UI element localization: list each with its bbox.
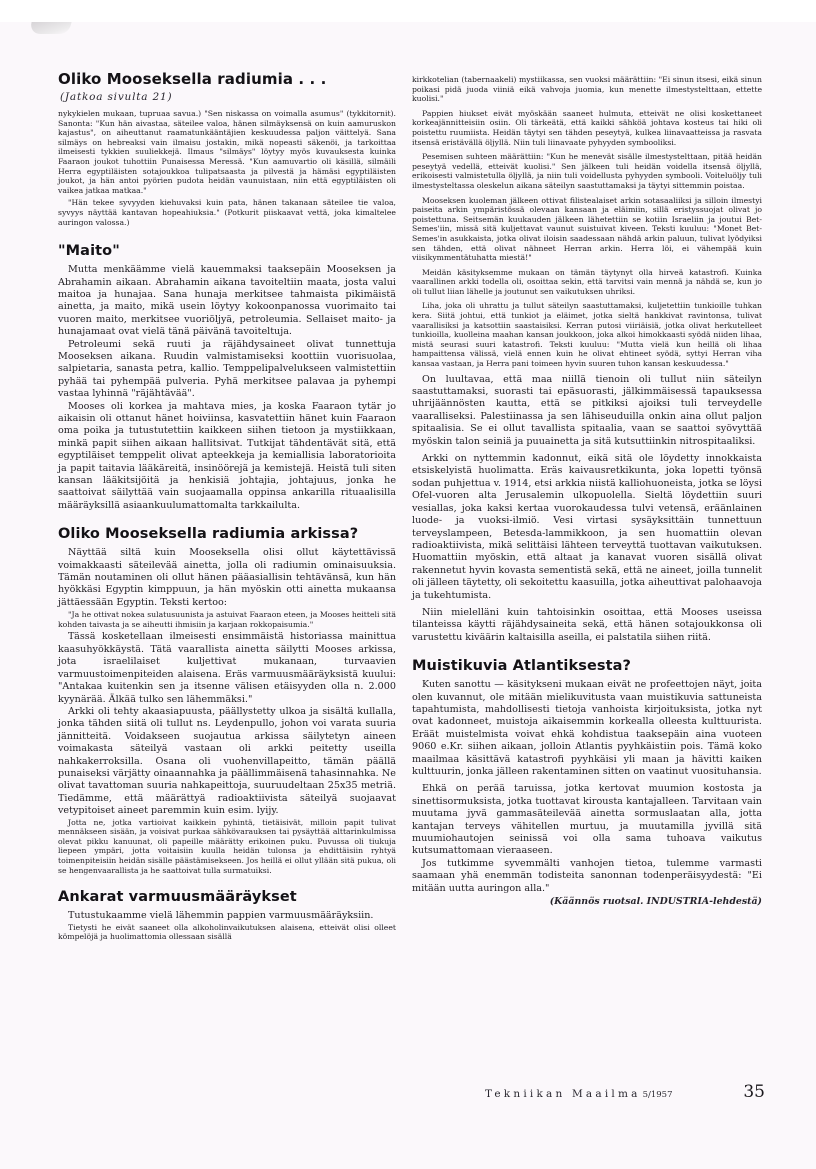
intro-paragraph: nykykielen mukaan, tupruaa savua.) "Sen … [58, 109, 396, 195]
small-paragraph: Pappien hiukset eivät myöskään saaneet h… [412, 109, 762, 147]
small-paragraph: Liha, joka oli uhrattu ja tullut säteily… [412, 301, 762, 368]
body-paragraph: Mooses oli korkea ja mahtava mies, ja ko… [58, 401, 396, 513]
paper-corner-fold [28, 22, 71, 34]
body-paragraph: Jos tutkimme syvemmälti vanhojen tietoa,… [412, 858, 762, 895]
body-paragraph: Näyttää siltä kuin Mooseksella olisi oll… [58, 547, 396, 609]
body-paragraph: Mutta menkäämme vielä kauemmaksi taaksep… [58, 264, 396, 338]
section-heading-safety-rules: Ankarat varmuusmääräykset [58, 889, 396, 905]
small-paragraph: Jotta ne, jotka vartioivat kaikkein pyhi… [58, 818, 396, 876]
body-paragraph: Niin mielelläni kuin tahtoisinkin osoitt… [412, 607, 762, 644]
right-column: kirkkotelian (tabernaakeli) mystiikassa,… [412, 75, 762, 907]
small-paragraph: Tietysti he eivät saaneet olla alkoholin… [58, 923, 396, 942]
page-footer: Tekniikan Maailma 5/1957 35 [485, 1082, 765, 1102]
page-number: 35 [743, 1082, 765, 1102]
body-paragraph: Tässä kosketellaan ilmeisesti ensimmäist… [58, 631, 396, 705]
section-heading-atlantis: Muistikuvia Atlantiksesta? [412, 658, 762, 674]
body-paragraph: Tutustukaamme vielä lähemmin pappien var… [58, 910, 396, 922]
left-column: Oliko Mooseksella radiumia . . . (Jatkoa… [58, 70, 396, 942]
translation-credit: (Käännös ruotsal. INDUSTRIA-lehdestä) [412, 896, 762, 907]
intro-paragraph: "Hän tekee syvyyden kiehuvaksi kuin pata… [58, 198, 396, 227]
continued-from-note: (Jatkoa sivulta 21) [60, 91, 396, 103]
body-paragraph: On luultavaa, että maa niillä tienoin ol… [412, 374, 762, 448]
small-paragraph: Mooseksen kuoleman jälkeen ottivat filis… [412, 196, 762, 263]
issue-number: 5/1957 [643, 1090, 673, 1100]
body-paragraph: Petroleumi sekä ruuti ja räjähdysaineet … [58, 339, 396, 401]
section-heading-maito: "Maito" [58, 243, 396, 259]
article-title: Oliko Mooseksella radiumia . . . [58, 70, 396, 88]
magazine-name: Tekniikan Maailma [485, 1088, 641, 1100]
body-paragraph: Kuten sanottu — käsitykseni mukaan eivät… [412, 679, 762, 778]
small-paragraph: Pesemisen suhteen määrättiin: "Kun he me… [412, 152, 762, 190]
body-paragraph: Ehkä on perää taruissa, jotka kertovat m… [412, 783, 762, 857]
body-paragraph: Arkki oli tehty akaasiapuusta, päällyste… [58, 706, 396, 818]
section-heading-radium-ark: Oliko Mooseksella radiumia arkissa? [58, 526, 396, 542]
scripture-quote: "Ja he ottivat nokea sulatusuunista ja a… [58, 610, 396, 629]
body-paragraph: Arkki on nyttemmin kadonnut, eikä sitä o… [412, 453, 762, 602]
small-paragraph: kirkkotelian (tabernaakeli) mystiikassa,… [412, 75, 762, 104]
small-paragraph: Meidän käsityksemme mukaan on tämän täyt… [412, 268, 762, 297]
